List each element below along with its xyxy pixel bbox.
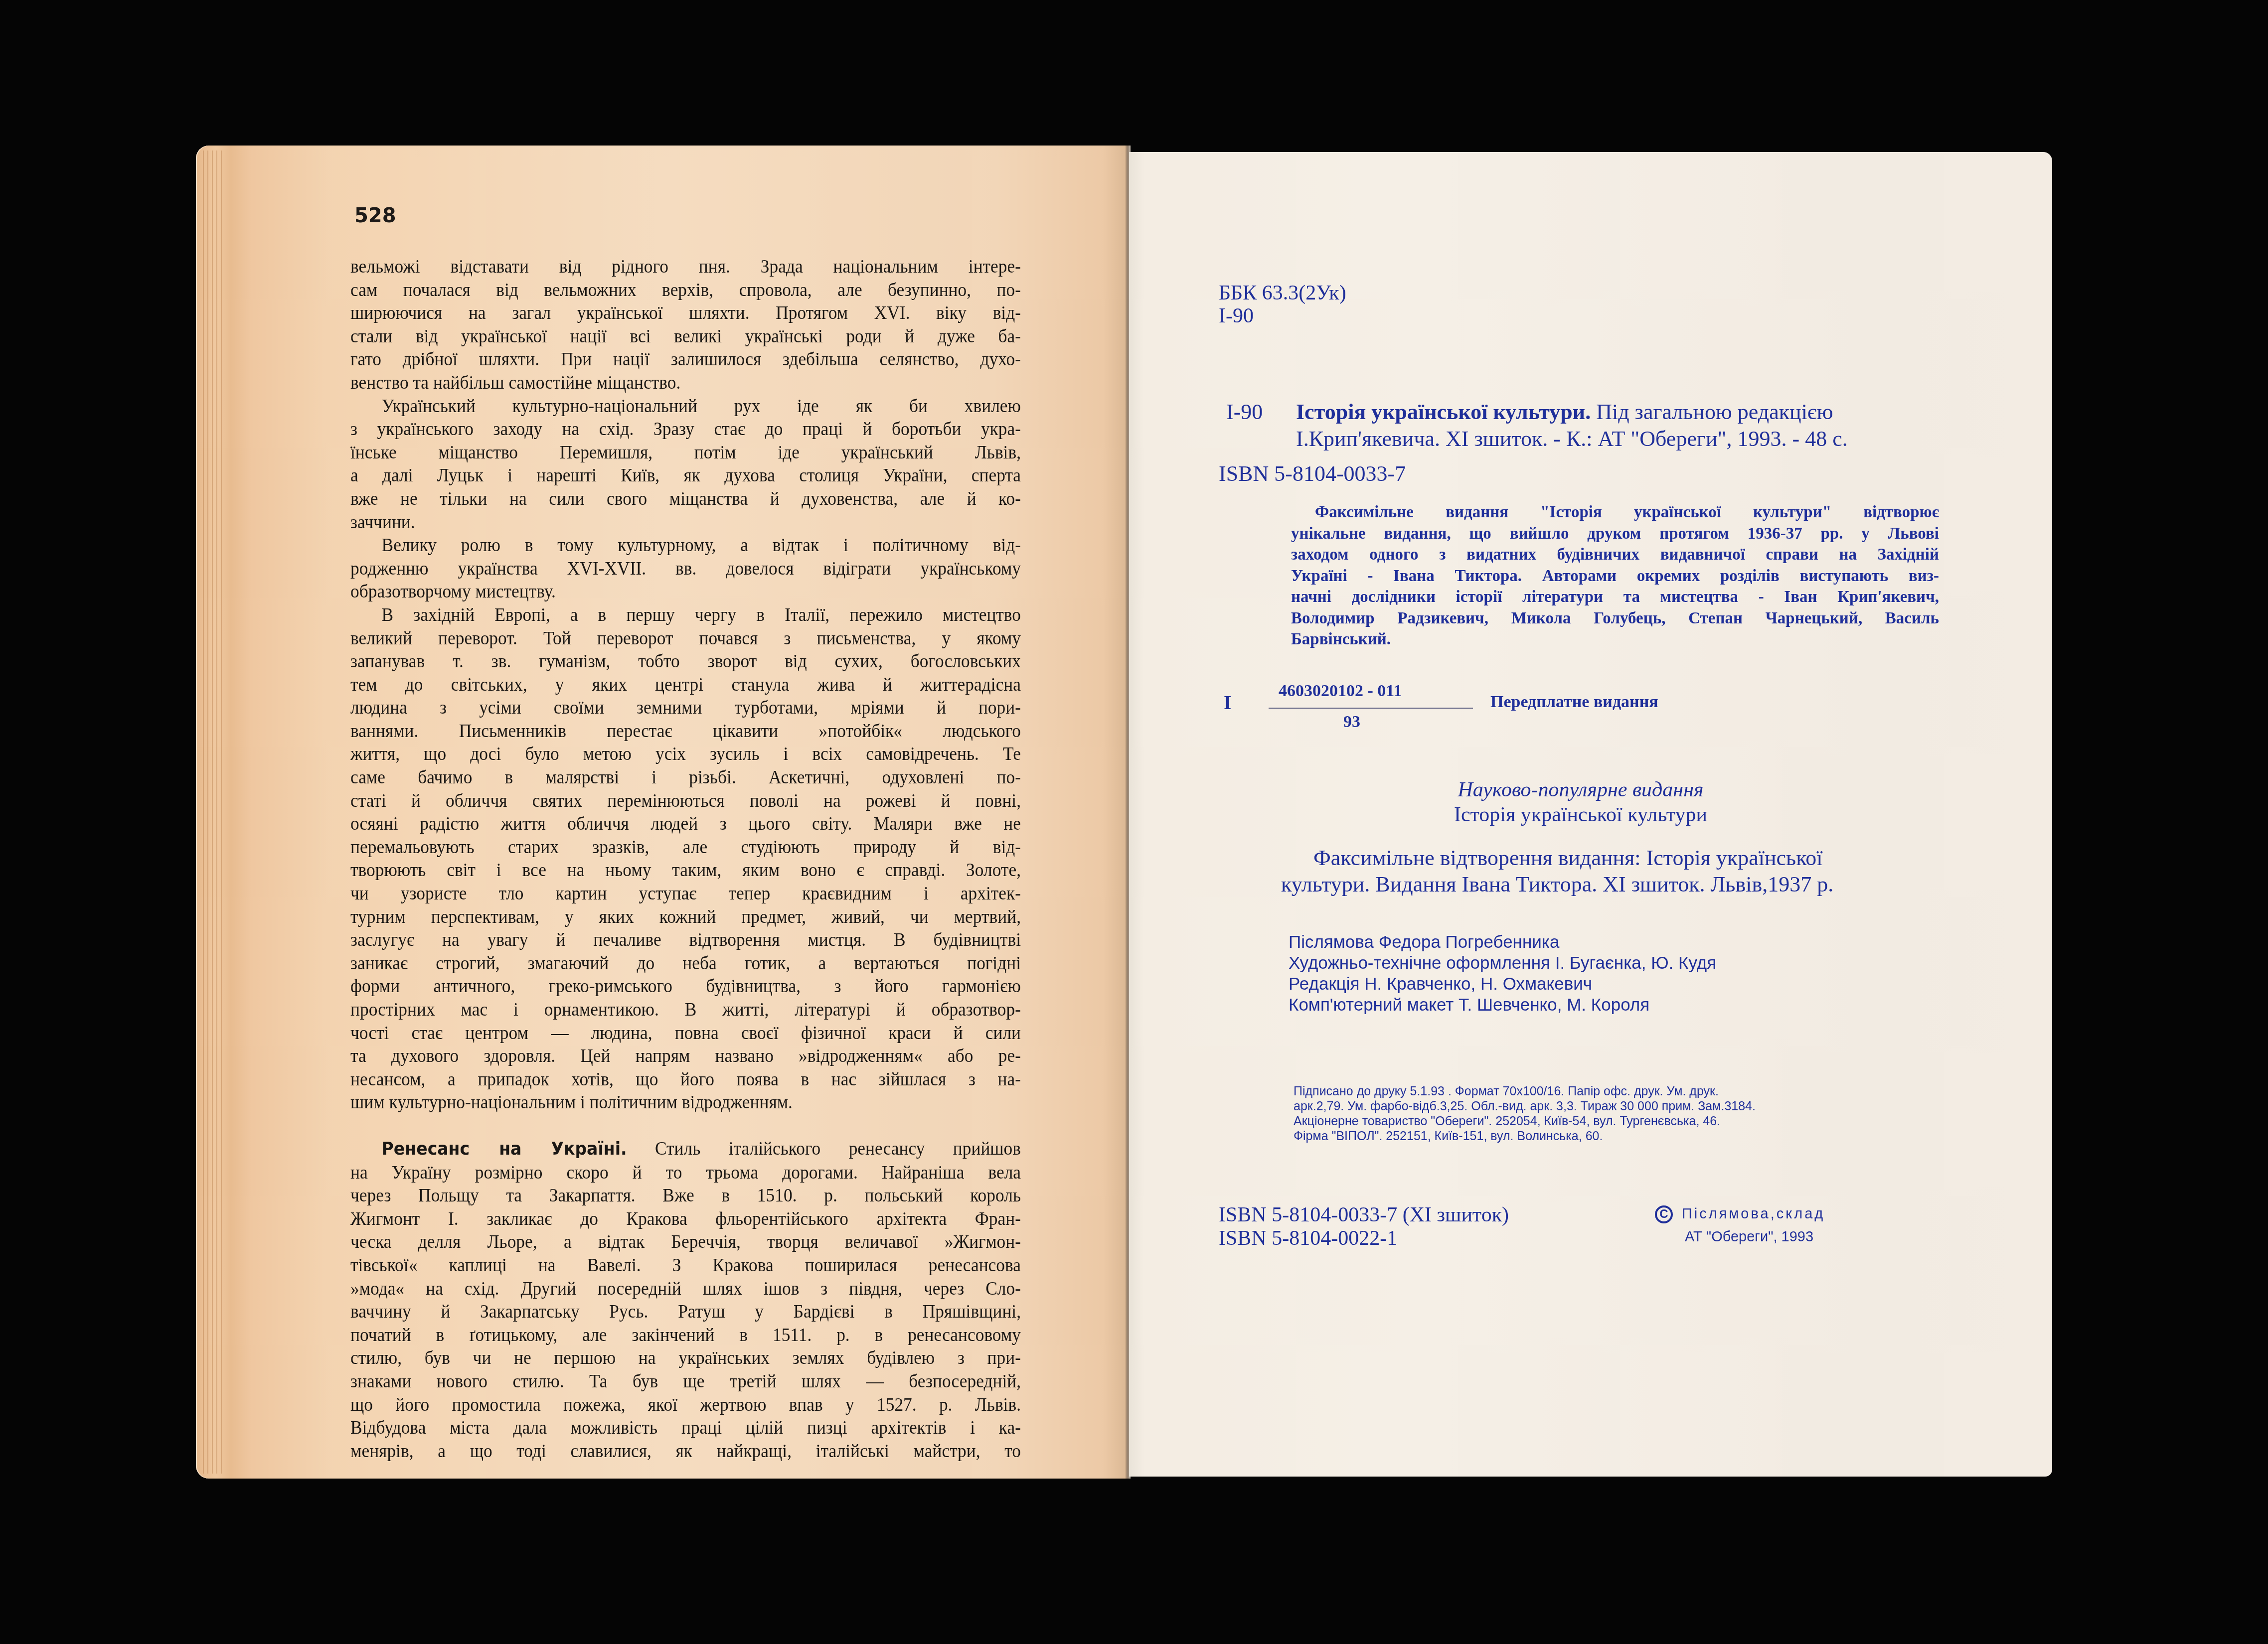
text-line: турним перспективам, у яких кожний предм… xyxy=(350,905,1021,929)
text-line: їнське міщанство Перемишля, потім іде ук… xyxy=(350,441,1021,464)
credit-line: Художньо-технічне оформлення І. Бугаєнка… xyxy=(1289,953,1716,974)
catalog-body: Історія української культури. Під загаль… xyxy=(1296,399,1848,452)
text-line: тем до світських, у яких центрі станула … xyxy=(350,673,1021,697)
text-line: несансом, а припадок хотів, що його появ… xyxy=(350,1068,1021,1091)
text-line: запанував т. зв. гуманізм, тобто зворот … xyxy=(350,650,1021,673)
copyright-notice: CПіслямова,склад АТ "Обереги", 1993 xyxy=(1655,1202,1825,1248)
text-line: з українського заходу на схід. Зразу ста… xyxy=(350,418,1021,441)
catalog-title: Історія української культури. xyxy=(1296,400,1591,424)
index-code: І 4603020102 - 011 93 Передплатне виданн… xyxy=(1224,682,1702,737)
paragraph-gap xyxy=(350,1114,967,1137)
text-line: вже не тільки на сили свого міщанства й … xyxy=(350,487,1021,511)
text-line: ваннями. Письменників перестає цікавити … xyxy=(350,720,1021,743)
page-edge-stack xyxy=(203,150,223,1474)
imprint-line: Фірма "ВІПОЛ". 252151, Київ-151, вул. Во… xyxy=(1294,1129,1892,1144)
text-line: чості стає центром — людина, повна своєї… xyxy=(350,1022,1021,1045)
annotation-line: Україні - Івана Тиктора. Авторами окреми… xyxy=(1291,566,1939,587)
text-line: »мода« на схід. Другий посередній шлях і… xyxy=(350,1277,1021,1301)
text-line: тівської« каплиці на Вавелі. З Кракова п… xyxy=(350,1254,1021,1277)
catalog-editor: Під загальною редакцією xyxy=(1596,400,1833,424)
text-line: Жигмонт I. закликає до Кракова фльоренті… xyxy=(350,1207,1021,1231)
copyright-icon: C xyxy=(1655,1205,1673,1223)
section-heading: Ренесанс на Україні. xyxy=(382,1139,627,1159)
copyright-line: Післямова,склад xyxy=(1682,1206,1825,1222)
index-letter: І xyxy=(1224,691,1232,714)
text-line: стилю, був чи не першою на українських з… xyxy=(350,1346,1021,1370)
catalog-imprint: І.Крип'якевича. XI зшиток. - К.: АТ "Обе… xyxy=(1296,426,1848,452)
genre-block: Науково-популярне видання Історія україн… xyxy=(1129,777,2052,827)
text-line: родженню українства XVI-XVII. вв. довело… xyxy=(350,557,1021,581)
genre-title: Історія української культури xyxy=(1119,802,2042,827)
imprint-details: Підписано до друку 5.1.93 . Формат 70х10… xyxy=(1294,1084,1892,1144)
text-line: осяяні радістю життя обличчя людей з цьо… xyxy=(350,812,1021,836)
text-line: заслугує на увагу й печаливе відтворення… xyxy=(350,928,1021,952)
text-line: венство та найбільш самостійне міщанство… xyxy=(350,371,1021,395)
author-sign: І-90 xyxy=(1219,304,1346,327)
text-line: а далі Луцьк і нарешті Київ, як духова с… xyxy=(350,464,1021,487)
text-line: ческа делля Льоре, а відтак Береччія, тв… xyxy=(350,1230,1021,1254)
facsimile-note: Факсимільне відтворення видання: Історія… xyxy=(1281,845,1889,897)
section-first-line: Ренесанс на Україні. Стиль італійського … xyxy=(350,1137,1021,1161)
right-page: ББК 63.3(2Ук) І-90 І-90 Історія українсь… xyxy=(1129,152,2052,1477)
text-line: Український культурно-національний рух і… xyxy=(350,395,1021,418)
text-line: життя, що досі було метою усіх зусиль і … xyxy=(350,743,1021,766)
left-page: 528 вельможі відставати від рідного пня.… xyxy=(196,146,1129,1479)
annotation: Факсимільне видання "Історія української… xyxy=(1291,502,1939,650)
text-fragment: Стиль італійського ренесансу прийшов xyxy=(655,1138,1021,1159)
text-line: сам почалася від вельможних верхів, спро… xyxy=(350,279,1021,302)
text-line: ваччину й Закарпатську Русь. Ратуш у Бар… xyxy=(350,1300,1021,1324)
text-line: стали від української нації всі великі у… xyxy=(350,325,1021,348)
left-body-text: вельможі відставати від рідного пня. Зра… xyxy=(350,255,967,1463)
text-line: Велику ролю в тому культурному, а відтак… xyxy=(350,534,1021,557)
text-line: що його промостила пожежа, якої жертвою … xyxy=(350,1393,1021,1417)
text-line: простірних мас і орнаментикою. В житті, … xyxy=(350,998,1021,1022)
bbk-block: ББК 63.3(2Ук) І-90 xyxy=(1219,282,1346,327)
annotation-line: Факсимільне видання "Історія української… xyxy=(1291,502,1939,523)
page-number: 528 xyxy=(354,204,396,227)
text-line: заччини. xyxy=(350,511,1021,534)
index-numerator: 4603020102 - 011 xyxy=(1279,682,1402,701)
isbn-list: ISBN 5-8104-0033-7 (XI зшиток) ISBN 5-81… xyxy=(1219,1203,1509,1250)
annotation-line: Володимир Радзикевич, Микола Голубець, С… xyxy=(1291,608,1939,629)
imprint-line: Підписано до друку 5.1.93 . Формат 70х10… xyxy=(1294,1084,1892,1099)
text-line: та духового здоровля. Цей напрям названо… xyxy=(350,1045,1021,1068)
text-line: шим культурно-національним і політичним … xyxy=(350,1091,1021,1114)
text-line: статі й обличчя святих перемінюються пов… xyxy=(350,789,1021,813)
subscription-note: Передплатне видання xyxy=(1490,693,1658,712)
facsimile-line: Факсимільне відтворення видання: Історія… xyxy=(1281,845,1889,871)
text-line: Відбудова міста дала можливість праці ці… xyxy=(350,1416,1021,1440)
text-line: на Україну розмірно скоро й то трьома до… xyxy=(350,1161,1021,1185)
text-line: знаками нового стилю. Та був ще третій ш… xyxy=(350,1370,1021,1393)
annotation-line: заходом одного з видатних будівничих вид… xyxy=(1291,544,1939,566)
text-line: саме бачимо в малярстві і різьбі. Аскети… xyxy=(350,766,1021,789)
isbn-line: ISBN 5-8104-0022-1 xyxy=(1219,1227,1509,1250)
credit-line: Післямова Федора Погребенника xyxy=(1289,932,1716,953)
copyright-holder: АТ "Обереги", 1993 xyxy=(1655,1225,1825,1248)
credit-line: Редакція Н. Кравченко, Н. Охмакевич xyxy=(1289,974,1716,995)
imprint-line: Акціонерне товариство "Обереги". 252054,… xyxy=(1294,1114,1892,1129)
fraction-rule xyxy=(1269,708,1473,709)
text-line: В західній Европі, а в першу чергу в Іта… xyxy=(350,603,1021,627)
text-line: через Польщу та Закарпаття. Вже в 1510. … xyxy=(350,1184,1021,1207)
text-line: вельможі відставати від рідного пня. Зра… xyxy=(350,255,1021,279)
catalog-sign: І-90 xyxy=(1226,399,1263,426)
text-line: гато дрібної шляхти. При нації залишилос… xyxy=(350,348,1021,371)
annotation-line: начні дослідники історії літератури та м… xyxy=(1291,587,1939,608)
credit-line: Комп'ютерний макет Т. Шевченко, М. Корол… xyxy=(1289,995,1716,1016)
text-line: творюють світ і все на ньому таким, яким… xyxy=(350,859,1021,882)
text-line: великий переворот. Той переворот почався… xyxy=(350,627,1021,650)
index-denominator: 93 xyxy=(1343,713,1360,732)
text-line: перемальовують старих зразків, але студі… xyxy=(350,836,1021,859)
isbn-main: ISBN 5-8104-0033-7 xyxy=(1219,461,1406,486)
isbn-line: ISBN 5-8104-0033-7 (XI зшиток) xyxy=(1219,1203,1509,1227)
annotation-line: Барвінський. xyxy=(1291,629,1939,650)
text-line: початий в ґотицькому, але закінчений в 1… xyxy=(350,1324,1021,1347)
text-line: ширюючися на загал української шляхти. П… xyxy=(350,301,1021,325)
text-line: заникає строгий, змагаючий до неба готик… xyxy=(350,952,1021,975)
text-line: людина з усіми своїми земними турботами,… xyxy=(350,696,1021,720)
facsimile-line: культури. Видання Івана Тиктора. XI зшит… xyxy=(1281,871,1889,897)
credits: Післямова Федора Погребенника Художньо-т… xyxy=(1289,932,1716,1016)
genre-label: Науково-популярне видання xyxy=(1119,777,2042,802)
annotation-line: унікальне видання, що вийшло друком прот… xyxy=(1291,523,1939,545)
text-line: форми античного, греко-римського будівни… xyxy=(350,975,1021,998)
text-line: менярів, а що тоді славилися, як найкращ… xyxy=(350,1440,1021,1463)
text-line: образотворчому мистецтву. xyxy=(350,580,1021,603)
text-line: чи узористе тло картин уступає тепер кра… xyxy=(350,882,1021,905)
bbk-code: ББК 63.3(2Ук) xyxy=(1219,282,1346,304)
imprint-line: арк.2,79. Ум. фарбо-відб.3,25. Обл.-вид.… xyxy=(1294,1099,1892,1114)
